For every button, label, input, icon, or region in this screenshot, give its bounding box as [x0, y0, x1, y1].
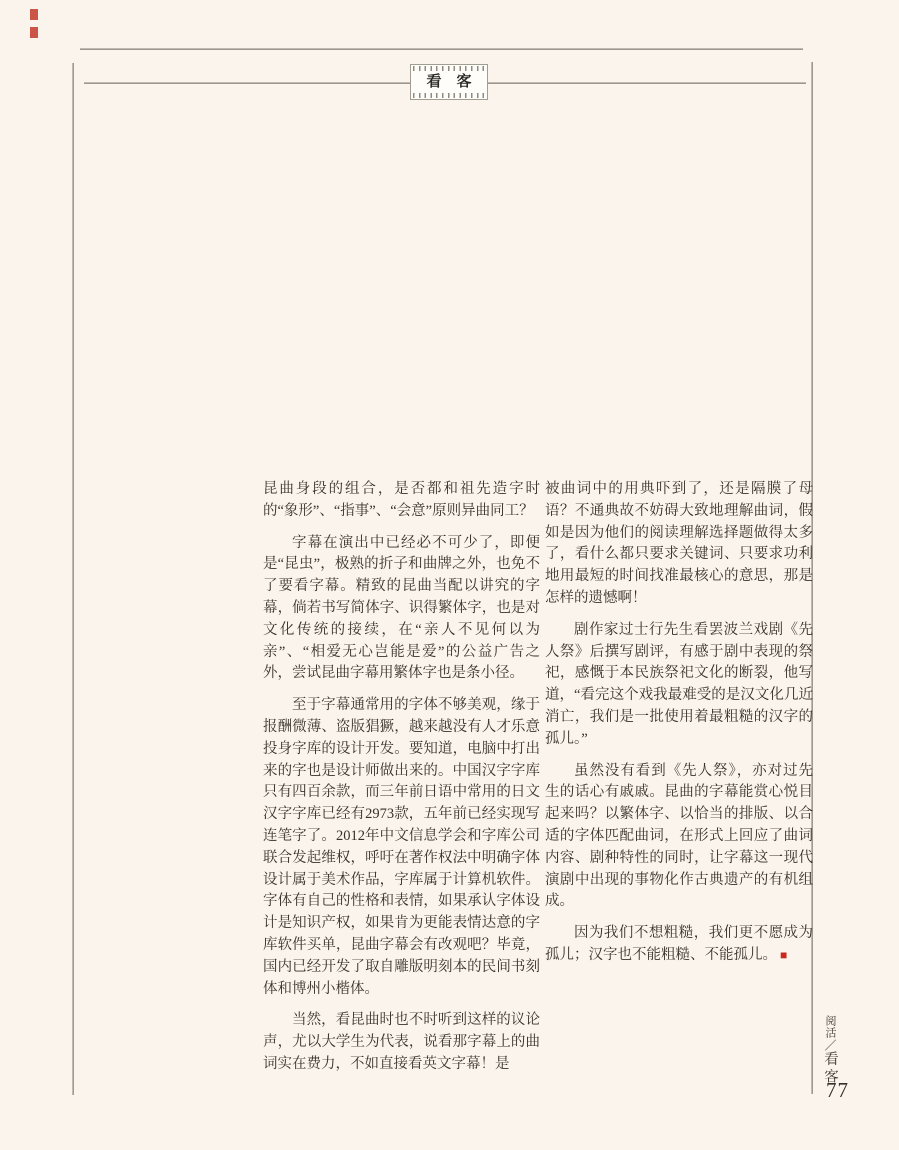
- stamp-char: 看: [426, 75, 441, 90]
- paragraph-text: 当然，看昆曲时也不时听到这样的议论声，尤以大学生为代表，说看那字幕上的曲词实在费…: [263, 1012, 540, 1072]
- paragraph: 剧作家过士行先生看罢波兰戏剧《先人祭》后撰写剧评，有感于剧中表现的祭祀，感慨于本…: [545, 620, 813, 751]
- sidebar-small-text: 阅活: [824, 1015, 836, 1039]
- print-mark: [30, 9, 38, 20]
- magazine-page: 看 客 昆曲身段的组合，是否都和祖先造字时的“象形”、“指事”、“会意”原则异曲…: [0, 0, 899, 1150]
- paragraph: 因为我们不想粗糙，我们更不愿成为孤儿；汉字也不能粗糙、不能孤儿。■: [545, 923, 813, 967]
- sidebar-slash: ／: [823, 1039, 837, 1051]
- paragraph-text: 昆曲身段的组合，是否都和祖先造字时的“象形”、“指事”、“会意”原则异曲同工？: [263, 481, 540, 519]
- stamp-char: 客: [457, 75, 472, 90]
- paragraph-text: 剧作家过士行先生看罢波兰戏剧《先人祭》后撰写剧评，有感于剧中表现的祭祀，感慨于本…: [545, 622, 813, 747]
- paragraph: 被曲词中的用典吓到了，还是隔膜了母语？不通典故不妨碍大致地理解曲词，假如是因为他…: [545, 479, 813, 610]
- left-column: 昆曲身段的组合，是否都和祖先造字时的“象形”、“指事”、“会意”原则异曲同工？ …: [263, 479, 540, 1086]
- stamp-perforation-top-icon: [413, 66, 485, 71]
- section-stamp: 看 客: [410, 64, 488, 100]
- paragraph: 当然，看昆曲时也不时听到这样的议论声，尤以大学生为代表，说看那字幕上的曲词实在费…: [263, 1010, 540, 1075]
- right-column: 被曲词中的用典吓到了，还是隔膜了母语？不通典故不妨碍大致地理解曲词，假如是因为他…: [545, 479, 813, 977]
- stamp-perforation-bottom-icon: [413, 93, 485, 98]
- section-sidebar-label: 阅活／看客: [822, 1015, 838, 1086]
- paragraph-text: 虽然没有看到《先人祭》，亦对过先生的话心有戚戚。昆曲的字幕能赏心悦目起来吗？以繁…: [545, 763, 813, 910]
- page-number: 77: [826, 1078, 849, 1103]
- paragraph: 至于字幕通常用的字体不够美观，缘于报酬微薄、盗版猖獗，越来越没有人才乐意投身字库…: [263, 695, 540, 1000]
- paragraph: 字幕在演出中已经必不可少了，即便是“昆虫”，极熟的折子和曲牌之外，也免不了要看字…: [263, 533, 540, 686]
- paragraph: 昆曲身段的组合，是否都和祖先造字时的“象形”、“指事”、“会意”原则异曲同工？: [263, 479, 540, 523]
- paragraph-text: 被曲词中的用典吓到了，还是隔膜了母语？不通典故不妨碍大致地理解曲词，假如是因为他…: [545, 481, 813, 606]
- left-vertical-rule: [72, 63, 74, 1095]
- section-title: 看 客: [413, 75, 485, 90]
- print-mark: [30, 27, 38, 38]
- article-end-mark-icon: ■: [780, 948, 787, 962]
- paragraph: 虽然没有看到《先人祭》，亦对过先生的话心有戚戚。昆曲的字幕能赏心悦目起来吗？以繁…: [545, 761, 813, 914]
- paragraph-text: 至于字幕通常用的字体不够美观，缘于报酬微薄、盗版猖獗，越来越没有人才乐意投身字库…: [263, 697, 540, 996]
- paragraph-text: 因为我们不想粗糙，我们更不愿成为孤儿；汉字也不能粗糙、不能孤儿。: [545, 925, 813, 963]
- top-horizontal-rule: [80, 48, 803, 50]
- paragraph-text: 字幕在演出中已经必不可少了，即便是“昆虫”，极熟的折子和曲牌之外，也免不了要看字…: [263, 535, 540, 682]
